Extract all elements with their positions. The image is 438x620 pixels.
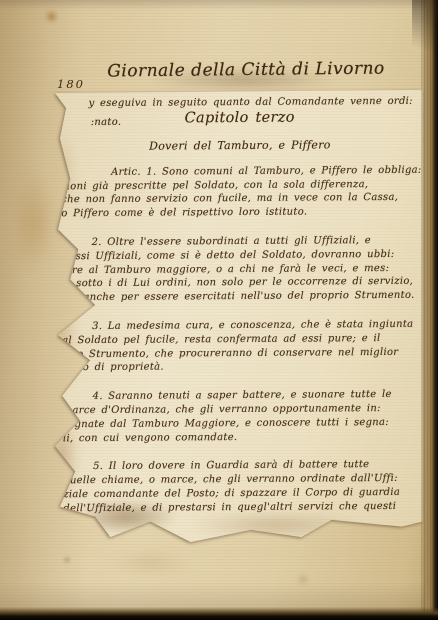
- article-1: Artic. 1. Sono comuni al Tamburo, e Piff…: [61, 164, 419, 222]
- manuscript-line: stato di proprietà.: [62, 359, 420, 375]
- manuscript-line: ma anche per essere esercitati nell'uso …: [62, 289, 420, 305]
- foxing-spot: [296, 575, 310, 584]
- torn-manuscript-fragment: y eseguiva in seguito quanto dal Comanda…: [42, 88, 424, 544]
- journal-title: Giornale della Città di Livorno: [98, 58, 394, 81]
- stain-bottom: [110, 552, 190, 574]
- fragment-paper: y eseguiva in seguito quanto dal Comanda…: [42, 88, 424, 544]
- torn-edge-stain: [192, 512, 362, 538]
- chapter-subheading: Doveri del Tamburo, e Piffero: [61, 135, 419, 162]
- book-fore-edge: [421, 0, 438, 620]
- manuscript-line: dell'Uffiziale, e di prestarsi in quegl'…: [63, 499, 421, 515]
- article-5: 5. Il loro dovere in Guardia sarà di bat…: [63, 458, 421, 516]
- photo-bottom-edge: [0, 607, 438, 620]
- stain-spot: [44, 10, 59, 23]
- article-3: 3. La medesima cura, e conoscenza, che è…: [62, 318, 420, 376]
- manuscript-line: che non fanno servizio con fucile, ma in…: [61, 191, 419, 207]
- manuscript-line: segnate dal Tamburo Maggiore, e conoscer…: [63, 415, 421, 431]
- fore-edge-shadow: [412, 0, 438, 70]
- handwritten-text: y eseguiva in seguito quanto dal Comanda…: [61, 95, 422, 516]
- manuscript-line: o Piffero come è del rispettivo loro ist…: [61, 205, 419, 221]
- manuscript-photo: 180 Giornale della Città di Livorno y es…: [0, 0, 438, 620]
- manuscript-line: :nato.: [91, 116, 122, 130]
- chapter-line: :nato. Capitolo terzo: [61, 109, 419, 137]
- article-4: 4. Saranno tenuti a saper battere, e suo…: [63, 388, 421, 446]
- manuscript-line: li, con cui vengono comandate.: [63, 429, 421, 445]
- article-2: 2. Oltre l'essere subordinati a tutti gl…: [62, 234, 420, 305]
- foxing-spot: [62, 556, 72, 564]
- book-page: 180 Giornale della Città di Livorno y es…: [0, 0, 438, 620]
